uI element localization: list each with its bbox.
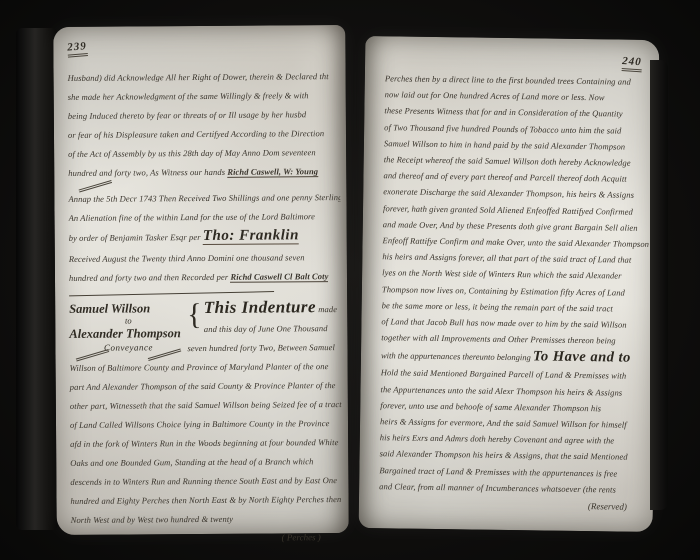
deed-book-page-left: 239 Husband) did Acknowledge All her Rig… bbox=[53, 25, 349, 535]
to-have-prefix-text: with the appurtenances thereunto belongi… bbox=[381, 351, 533, 363]
text-line: An Alienation fine of the within Land fo… bbox=[69, 207, 341, 228]
witness-text: hundred and forty two, As Witness our ha… bbox=[68, 167, 227, 178]
witness-signatures: Richd Caswell, W: Young bbox=[227, 166, 318, 178]
text-line: or fear of his Displeasure taken and Cer… bbox=[68, 124, 340, 145]
dower-acknowledgment-paragraph: Husband) did Acknowledge All her Right o… bbox=[68, 67, 341, 164]
text-line: being Induced thereto by fear or threats… bbox=[68, 105, 340, 126]
text-line: Annap the 5th Decr 1743 Then Received Tw… bbox=[68, 188, 340, 209]
recording-paragraph: Received August the Twenty third Anno Do… bbox=[69, 248, 341, 288]
text-line: Received August the Twenty third Anno Do… bbox=[69, 248, 341, 269]
deed-book-page-right: 240 Perches then by a direct line to the… bbox=[359, 36, 660, 532]
text-line: Husband) did Acknowledge All her Right o… bbox=[68, 67, 340, 88]
grantor-name: Samuel Willson bbox=[69, 300, 187, 317]
indenture-entry: Samuel Willson to Alexander Thompson Con… bbox=[69, 297, 343, 548]
book-spine bbox=[16, 28, 58, 530]
indenture-continued-paragraph: Perches then by a direct line to the fir… bbox=[381, 70, 655, 349]
margin-note: Samuel Willson to Alexander Thompson Con… bbox=[69, 298, 187, 357]
recorder-signature: Richd Caswell Cl Balt Coty bbox=[230, 271, 328, 283]
recorder-text: hundred and forty two and then Recorded … bbox=[69, 272, 231, 283]
catchword-left: ( Perches ) bbox=[71, 528, 343, 548]
page-number-left: 239 bbox=[67, 40, 88, 57]
indenture-heading: This Indenture bbox=[204, 297, 316, 317]
catchword-right: (Reserved) bbox=[379, 494, 649, 516]
alienation-fine-paragraph: Annap the 5th Decr 1743 Then Received Tw… bbox=[68, 188, 340, 228]
brace-icon: { bbox=[187, 300, 202, 330]
entry-divider bbox=[69, 291, 274, 296]
page-edge-stack bbox=[650, 60, 668, 510]
habendum-paragraph: Hold the said Mentioned Bargained Parcel… bbox=[379, 365, 651, 498]
order-text: by order of Benjamin Tasker Esqr per bbox=[69, 232, 203, 243]
page-number-right: 240 bbox=[621, 55, 642, 72]
order-line: by order of Benjamin Tasker Esqr per Tho… bbox=[69, 226, 341, 248]
recorder-line: hundred and forty two and then Recorded … bbox=[69, 267, 341, 288]
grantee-name: Alexander Thompson bbox=[69, 325, 187, 342]
text-line: of the Act of Assembly by us this 28th d… bbox=[68, 143, 340, 164]
franklin-signature: Tho: Franklin bbox=[203, 227, 299, 245]
habendum-heading: To Have and to bbox=[533, 349, 631, 366]
text-line: she made her Acknowledgment of the same … bbox=[68, 86, 340, 107]
